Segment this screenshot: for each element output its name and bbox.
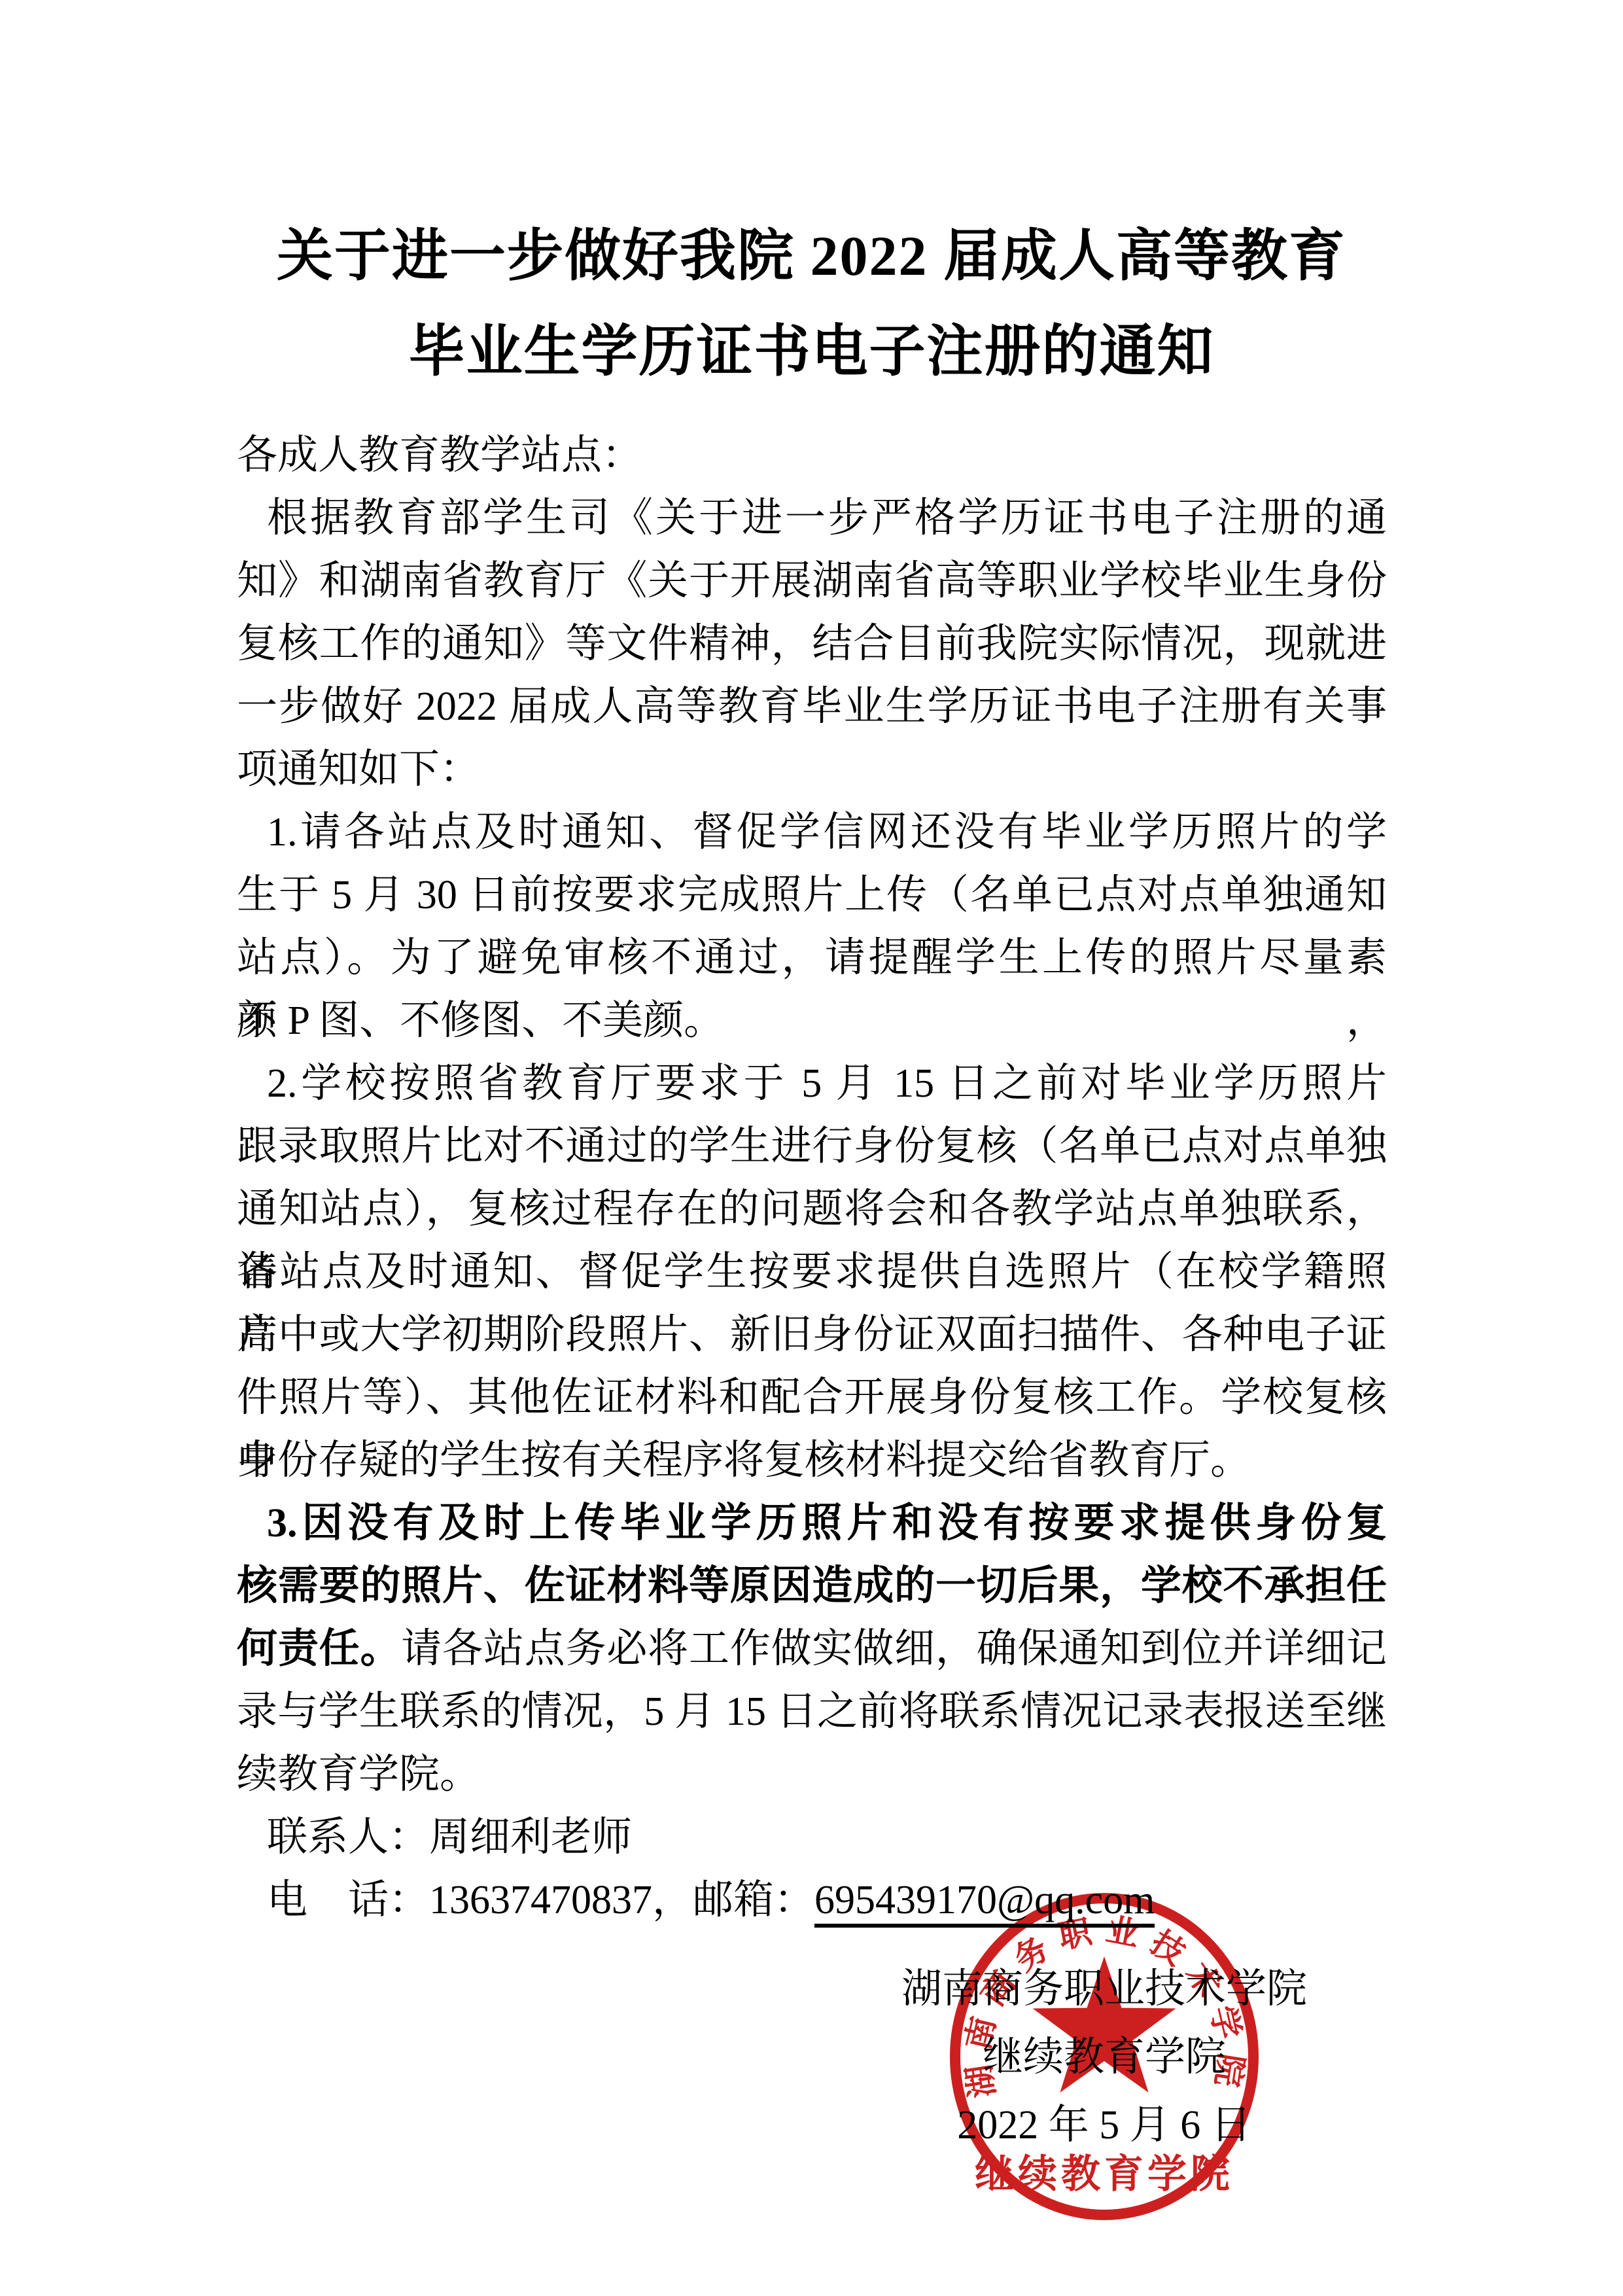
email-link[interactable]: 695439170@qq.com [814, 1878, 1155, 1928]
body-line: 电 话：13637470837，邮箱：695439170@qq.com [237, 1869, 1387, 1932]
body-line: 各成人教育教学站点： [237, 424, 1387, 487]
text-segment: 跟录取照片比对不通过的学生进行身份复核（名单已点对点单独 [237, 1124, 1387, 1169]
text-segment: 核需要的照片、佐证材料等原因造成的一切后果，学校不承担任 [237, 1564, 1387, 1608]
text-segment: 录与学生联系的情况，5 月 15 日之前将联系情况记录表报送至继 [237, 1689, 1387, 1734]
text-segment: 请各站点务必将工作做实做细，确保通知到位并详细记 [401, 1627, 1387, 1671]
body-line: 录与学生联系的情况，5 月 15 日之前将联系情况记录表报送至继 [237, 1680, 1387, 1743]
document-title: 关于进一步做好我院 2022 届成人高等教育 毕业生学历证书电子注册的通知 [0, 208, 1623, 399]
body-line: 通知站点），复核过程存在的问题将会和各教学站点单独联系，请 [237, 1178, 1387, 1241]
body-line: 项通知如下： [237, 738, 1387, 801]
body-line: 何责任。请各站点务必将工作做实做细，确保通知到位并详细记 [237, 1617, 1387, 1680]
body-line: 跟录取照片比对不通过的学生进行身份复核（名单已点对点单独 [237, 1115, 1387, 1178]
text-segment: 1.请各站点及时通知、督促学信网还没有毕业学历照片的学 [267, 810, 1387, 855]
body-line: 站点）。为了避免审核不通过，请提醒学生上传的照片尽量素颜， [237, 927, 1387, 989]
body-line: 高中或大学初期阶段照片、新旧身份证双面扫描件、各种电子证 [237, 1303, 1387, 1366]
body-line: 2.学校按照省教育厅要求于 5 月 15 日之前对毕业学历照片 [237, 1052, 1387, 1115]
signature-block: 湖南商务职业技术学院 继续教育学院 2022 年 5 月 6 日 [744, 1955, 1464, 2159]
body-line: 续教育学院。 [237, 1743, 1387, 1806]
body-line: 核需要的照片、佐证材料等原因造成的一切后果，学校不承担任 [237, 1555, 1387, 1617]
text-segment: 何责任。 [237, 1627, 401, 1671]
text-segment: 不 P 图、不修图、不美颜。 [237, 998, 724, 1043]
title-line-1: 关于进一步做好我院 2022 届成人高等教育 [0, 208, 1623, 304]
signature-date: 2022 年 5 月 6 日 [744, 2091, 1464, 2159]
body-line: 生于 5 月 30 日前按要求完成照片上传（名单已点对点单独通知 [237, 864, 1387, 927]
text-segment: 联系人：周细利老师 [267, 1815, 632, 1860]
text-segment: 续教育学院。 [237, 1752, 480, 1797]
body-line: 复核工作的通知》等文件精神，结合目前我院实际情况，现就进 [237, 612, 1387, 675]
title-line-2: 毕业生学历证书电子注册的通知 [0, 304, 1623, 399]
body-line: 根据教育部学生司《关于进一步严格学历证书电子注册的通 [237, 487, 1387, 550]
text-segment: 身份存疑的学生按有关程序将复核材料提交给省教育厅。 [237, 1438, 1251, 1483]
text-segment: 项通知如下： [237, 747, 480, 792]
text-segment: 一步做好 2022 届成人高等教育毕业生学历证书电子注册有关事 [237, 684, 1387, 729]
body-line: 各站点及时通知、督促学生按要求提供自选照片（在校学籍照片、 [237, 1241, 1387, 1303]
signature-dept: 继续教育学院 [744, 2023, 1464, 2091]
text-segment: 电 话：13637470837，邮箱： [267, 1878, 814, 1922]
text-segment: 3.因没有及时上传毕业学历照片和没有按要求提供身份复 [267, 1501, 1387, 1545]
body-line: 联系人：周细利老师 [237, 1806, 1387, 1869]
text-segment: 高中或大学初期阶段照片、新旧身份证双面扫描件、各种电子证 [237, 1313, 1387, 1357]
document-body: 各成人教育教学站点：根据教育部学生司《关于进一步严格学历证书电子注册的通知》和湖… [237, 424, 1387, 1932]
body-line: 一步做好 2022 届成人高等教育毕业生学历证书电子注册有关事 [237, 675, 1387, 738]
body-line: 3.因没有及时上传毕业学历照片和没有按要求提供身份复 [237, 1492, 1387, 1555]
body-line: 件照片等）、其他佐证材料和配合开展身份复核工作。学校复核中 [237, 1366, 1387, 1429]
signature-org: 湖南商务职业技术学院 [744, 1955, 1464, 2023]
text-segment: 复核工作的通知》等文件精神，结合目前我院实际情况，现就进 [237, 622, 1387, 666]
text-segment: 知》和湖南省教育厅《关于开展湖南省高等职业学校毕业生身份 [237, 559, 1387, 603]
text-segment: 生于 5 月 30 日前按要求完成照片上传（名单已点对点单独通知 [237, 873, 1387, 917]
body-line: 知》和湖南省教育厅《关于开展湖南省高等职业学校毕业生身份 [237, 550, 1387, 612]
text-segment: 根据教育部学生司《关于进一步严格学历证书电子注册的通 [267, 496, 1387, 540]
document-page: 关于进一步做好我院 2022 届成人高等教育 毕业生学历证书电子注册的通知 各成… [0, 0, 1623, 2296]
text-segment: 2.学校按照省教育厅要求于 5 月 15 日之前对毕业学历照片 [267, 1061, 1387, 1106]
body-line: 身份存疑的学生按有关程序将复核材料提交给省教育厅。 [237, 1429, 1387, 1492]
body-line: 1.请各站点及时通知、督促学信网还没有毕业学历照片的学 [237, 801, 1387, 864]
text-segment: 各成人教育教学站点： [237, 433, 642, 478]
